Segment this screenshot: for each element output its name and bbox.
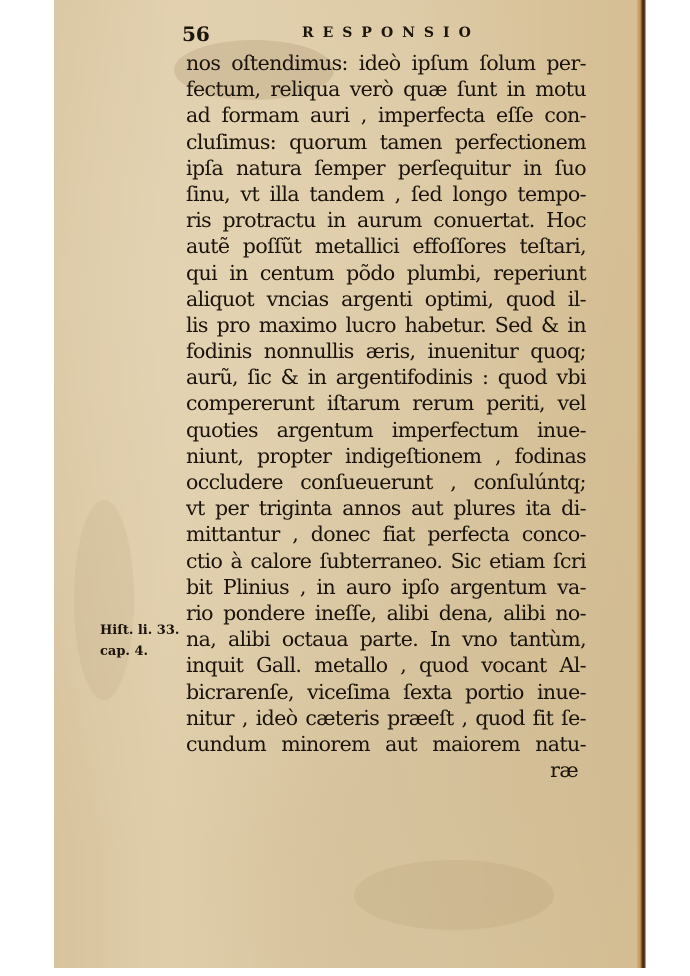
text-line: rio pondere ineſſe, alibi dena, alibi no… [186,600,586,626]
body-text: nos oſtendimus: ideò ipſum ſolum per- fe… [186,50,586,783]
text-line: cluſimus: quorum tamen perfectionem [186,129,586,155]
text-line: quoties argentum imperfectum inue- [186,417,586,443]
marginal-note-line: cap. 4. [100,641,179,662]
page-number: 56 [182,22,210,46]
running-head: 56 RESPONSIO [182,22,602,48]
text-line: fodinis nonnullis æris, inuenitur quoq; [186,338,586,364]
text-line: bit Plinius , in auro ipſo argentum va- [186,574,586,600]
text-line: ris protractu in aurum conuertat. Hoc [186,207,586,233]
marginal-note: Hiſt. li. 33. cap. 4. [100,620,179,662]
paper-stain [354,860,554,930]
text-line: niunt, propter indigeſtionem , fodinas [186,443,586,469]
text-line: aliquot vncias argenti optimi, quod il- [186,286,586,312]
text-line: nos oſtendimus: ideò ipſum ſolum per- [186,50,586,76]
text-line: occludere conſueuerunt , conſulúntq; [186,469,586,495]
fore-edge [637,0,646,968]
text-line: bicrarenſe, viceſima ſexta portio inue- [186,679,586,705]
text-line: qui in centum põdo plumbi, reperiunt [186,260,586,286]
text-line: ad formam auri , imperfecta eſſe con- [186,102,586,128]
running-title: RESPONSIO [302,25,480,41]
text-line: ipſa natura ſemper perſequitur in ſuo [186,155,586,181]
text-line: nitur , ideò cæteris præeſt , quod fit ſ… [186,705,586,731]
text-line: vt per triginta annos aut plures ita di- [186,495,586,521]
text-line: fectum, reliqua verò quæ ſunt in motu [186,76,586,102]
text-line: cundum minorem aut maiorem natu- [186,731,586,757]
text-line: compererunt iſtarum rerum periti, vel [186,390,586,416]
text-line: aurũ, ſic & in argentifodinis : quod vbi [186,364,586,390]
text-line: ctio à calore ſubterraneo. Sic etiam ſcr… [186,548,586,574]
text-line: lis pro maximo lucro habetur. Sed & in [186,312,586,338]
text-line: na, alibi octaua parte. In vno tantùm, [186,626,586,652]
text-line: ſinu, vt illa tandem , ſed longo tempo- [186,181,586,207]
text-line: autẽ poſſũt metallici effoſſores teſtari… [186,233,586,259]
marginal-note-line: Hiſt. li. 33. [100,620,179,641]
catchword: ræ [186,757,586,783]
paper-stain [74,500,134,700]
text-line: mittantur , donec fiat perfecta conco- [186,521,586,547]
text-line: inquit Gall. metallo , quod vocant Al- [186,652,586,678]
